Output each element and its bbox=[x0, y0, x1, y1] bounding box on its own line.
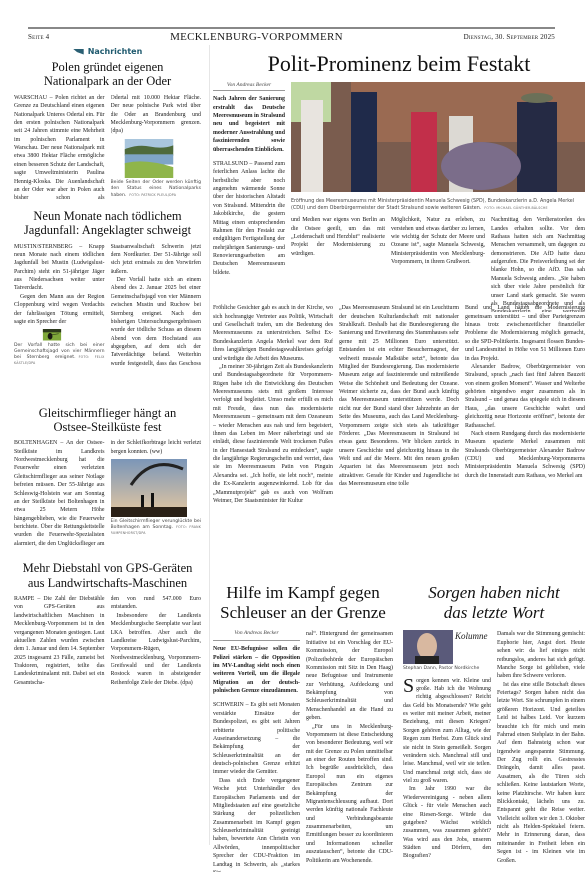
photo-caption: Beide Seiten der Oder werden künftig den… bbox=[111, 180, 202, 199]
header-rule bbox=[28, 27, 555, 29]
byline: Von Andreas Becker bbox=[213, 82, 285, 91]
article-body: SCHWERIN – Es gibt seit Monaten verstärk… bbox=[213, 701, 300, 776]
article-body: „In meiner 30-jährigen Zeit als Bundeska… bbox=[213, 363, 333, 505]
article-body: „Für uns in Mecklenburg-Vorpommern ist d… bbox=[306, 723, 393, 865]
article-title: Gleitschirmflieger hängt an Ostsee-Steil… bbox=[14, 406, 201, 435]
article-title: Sorgen haben nicht das letzte Wort bbox=[403, 583, 585, 622]
article-body: Alexander Badrow, Oberbürgermeister von … bbox=[465, 363, 585, 430]
article-body: MUSTIN/STERNBERG – Knapp neun Monate nac… bbox=[14, 243, 105, 293]
article-body: Gegen den Mann aus der Region Cloppenbur… bbox=[14, 293, 105, 327]
page-number: Seite 4 bbox=[28, 33, 49, 41]
article-body: WARSCHAU – Polen richtet an der Grenze z… bbox=[14, 94, 105, 199]
hunter-photo bbox=[14, 329, 90, 341]
byline: Von Andreas Becker bbox=[213, 630, 300, 641]
article-jagdunfall: Neun Monate nach tödlichem Jagdunfall: A… bbox=[14, 209, 201, 368]
rubric-flag-icon bbox=[73, 49, 84, 55]
page-header: Seite 4 MECKLENBURG-VORPOMMERN Dienstag,… bbox=[28, 31, 555, 43]
paraglider-photo bbox=[111, 459, 187, 517]
news-column: Nachrichten Polen gründet eigenen Nation… bbox=[6, 45, 210, 845]
article-oder: Polen gründet eigenen Nationalpark an de… bbox=[14, 60, 201, 199]
article-body: BOLTENHAGEN – An der Ostsee-Steilküste i… bbox=[14, 439, 105, 547]
article-body: Bund und Land hätten die Modernisierung … bbox=[465, 304, 585, 363]
photo-caption: Der Vorfall hatte sich bei einer Gemeins… bbox=[14, 343, 105, 368]
article-body: in der Schleifkorbtrage leicht verletzt … bbox=[111, 439, 202, 456]
article-body: Im Jahr 1990 war die Wiedervereinigung -… bbox=[403, 785, 491, 860]
main-headline: Polit-Prominenz beim Festakt bbox=[213, 51, 585, 76]
article-body: Ist das eine stille Botschaft dieses Fei… bbox=[497, 681, 585, 865]
article-title: Polen gründet eigenen Nationalpark an de… bbox=[14, 60, 201, 89]
article-body: und Medien war eigens von Berlin an die … bbox=[291, 216, 385, 312]
article-body: „Das Meeresmuseum Stralsund ist ein Leuc… bbox=[339, 304, 459, 488]
dropcap: S bbox=[403, 678, 414, 694]
article-body: RAMPE – Die Zahl der Diebstähle von GPS-… bbox=[14, 595, 105, 687]
rubric-label: Nachrichten bbox=[88, 47, 143, 56]
article-body: Staatsanwaltschaft Schwerin jetzt dem No… bbox=[111, 243, 202, 277]
rubric-nachrichten: Nachrichten bbox=[6, 47, 209, 56]
newspaper-page: Seite 4 MECKLENBURG-VORPOMMERN Dienstag,… bbox=[0, 0, 585, 872]
article-body: STRALSUND – Passend zum feierlichen Anla… bbox=[213, 160, 285, 277]
article-body: nal“. Hintergrund der gemeinsamen Initia… bbox=[306, 630, 393, 722]
article-gps: Mehr Diebstahl von GPS-Geräten aus Landw… bbox=[14, 561, 201, 687]
article-body: den von rund 547.000 Euro entstanden. bbox=[111, 595, 202, 612]
section-title: MECKLENBURG-VORPOMMERN bbox=[170, 31, 343, 43]
article-lead: Nach Jahren der Sanierung erstrahlt das … bbox=[213, 95, 285, 154]
article-body: Der Vorfall hatte sich an einem Abend de… bbox=[111, 276, 202, 368]
photo-caption: Stephan Dann, Pastor Nordkirche bbox=[403, 666, 491, 672]
article-kolumne: Sorgen haben nicht das letzte Wort Kolum… bbox=[403, 583, 585, 872]
article-lead: Neue EU-Befugnisse sollen die Polizei st… bbox=[213, 645, 300, 695]
photo-caption: Eröffnung des Meeresmuseums mit Minister… bbox=[291, 199, 585, 212]
article-title: Hilfe im Kampf gegen Schleuser an der Gr… bbox=[213, 583, 393, 622]
article-body: Fröhliche Gesichter gab es auch in der K… bbox=[213, 304, 333, 363]
festakt-photo bbox=[291, 82, 585, 192]
article-body: Nachmittag den Verdienstorden des Landes… bbox=[491, 216, 585, 312]
article-body: Insbesondere der Landkreis Mecklenburgis… bbox=[111, 612, 202, 687]
main-area: Polit-Prominenz beim Festakt Von Andreas… bbox=[213, 45, 585, 845]
article-title: Neun Monate nach tödlichem Jagdunfall: A… bbox=[14, 209, 201, 238]
author-portrait bbox=[403, 630, 453, 664]
article-body: Damals war die Stimmung gemischt: Euphor… bbox=[497, 630, 585, 680]
article-body: Nach einem Rundgang durch das modernisie… bbox=[465, 430, 585, 480]
article-title: Mehr Diebstahl von GPS-Geräten aus Landw… bbox=[14, 561, 201, 590]
article-grenze: Hilfe im Kampf gegen Schleuser an der Gr… bbox=[213, 583, 393, 872]
article-body: Sorgen kennen wir. Kleine und große. Hab… bbox=[403, 677, 491, 786]
photo-caption: Ein Gleitschirmflieger verunglückte bei … bbox=[111, 519, 202, 538]
article-body: Dass sich Ende vergangener Woche jetzt U… bbox=[213, 777, 300, 872]
oder-river-photo bbox=[111, 139, 187, 179]
article-gleitschirm: Gleitschirmflieger hängt an Ostsee-Steil… bbox=[14, 406, 201, 548]
issue-date: Dienstag, 30. September 2025 bbox=[464, 33, 555, 41]
kolumne-label: Kolumne bbox=[455, 630, 488, 643]
article-body: Odertal mit 10.000 Hektar Fläche. Der ne… bbox=[111, 94, 202, 136]
article-body: Möglichkeit, Natur zu erleben, zu verste… bbox=[391, 216, 485, 312]
